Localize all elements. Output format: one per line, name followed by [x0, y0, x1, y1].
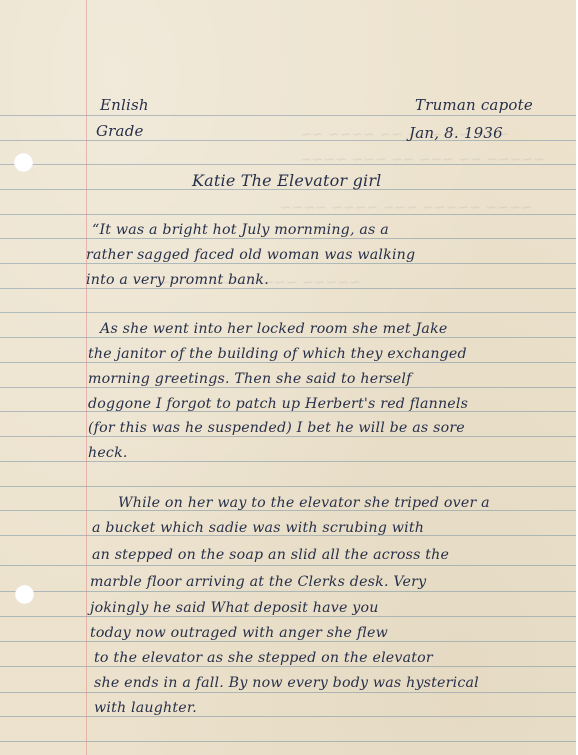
- subject-label: Enlish: [100, 96, 149, 114]
- paragraph-3-line-3: an stepped on the soap an slid all the a…: [92, 547, 449, 563]
- paragraph-3-line-4: marble floor arriving at the Clerks desk…: [90, 574, 426, 590]
- paragraph-2-line-6: heck.: [88, 445, 128, 461]
- paragraph-3-line-5: jokingly he said What deposit have you: [90, 600, 379, 616]
- paragraph-3-line-7: to the elevator as she stepped on the el…: [94, 650, 433, 666]
- story-title: Katie The Elevator girl: [192, 171, 382, 190]
- punch-hole-bottom: [15, 585, 34, 604]
- paragraph-1-line-2: rather sagged faced old woman was walkin…: [86, 247, 415, 263]
- author-name: Truman capote: [415, 96, 533, 114]
- notebook-page: ~~~ ~~ ~~~ ~~ ~~~~ ~~ ~~~~~ ~~ ~~~ ~~ ~~…: [0, 0, 576, 755]
- paragraph-3-line-1: While on her way to the elevator she tri…: [118, 495, 490, 511]
- bleed-through-text: ~~~~ ~~~~~ ~~~ ~~~~ ~~~~: [280, 200, 532, 216]
- paragraph-3-line-8: she ends in a fall. By now every body wa…: [94, 675, 479, 691]
- paragraph-3-line-2: a bucket which sadie was with scrubing w…: [92, 520, 424, 536]
- paragraph-2-line-4: doggone I forgot to patch up Herbert's r…: [88, 396, 468, 412]
- paragraph-2-line-3: morning greetings. Then she said to hers…: [88, 371, 412, 387]
- paragraph-3-line-6: today now outraged with anger she flew: [90, 625, 388, 641]
- paragraph-1-line-3: into a very promnt bank.: [86, 272, 269, 288]
- grade-label: Grade: [96, 122, 144, 140]
- paragraph-3-line-9: with laughter.: [94, 700, 197, 716]
- document-date: Jan, 8. 1936: [409, 124, 503, 142]
- bleed-through-text: ~~~~~ ~~ ~~~ ~~ ~~~ ~~~~: [300, 152, 545, 168]
- paragraph-2-line-1: As she went into her locked room she met…: [100, 321, 447, 337]
- paragraph-1-line-1: “It was a bright hot July mornming, as a: [92, 222, 389, 238]
- punch-hole-top: [14, 153, 33, 172]
- paragraph-2-line-2: the janitor of the building of which the…: [88, 346, 467, 362]
- margin-line: [86, 0, 87, 755]
- paragraph-2-line-5: (for this was he suspended) I bet he wil…: [88, 420, 465, 436]
